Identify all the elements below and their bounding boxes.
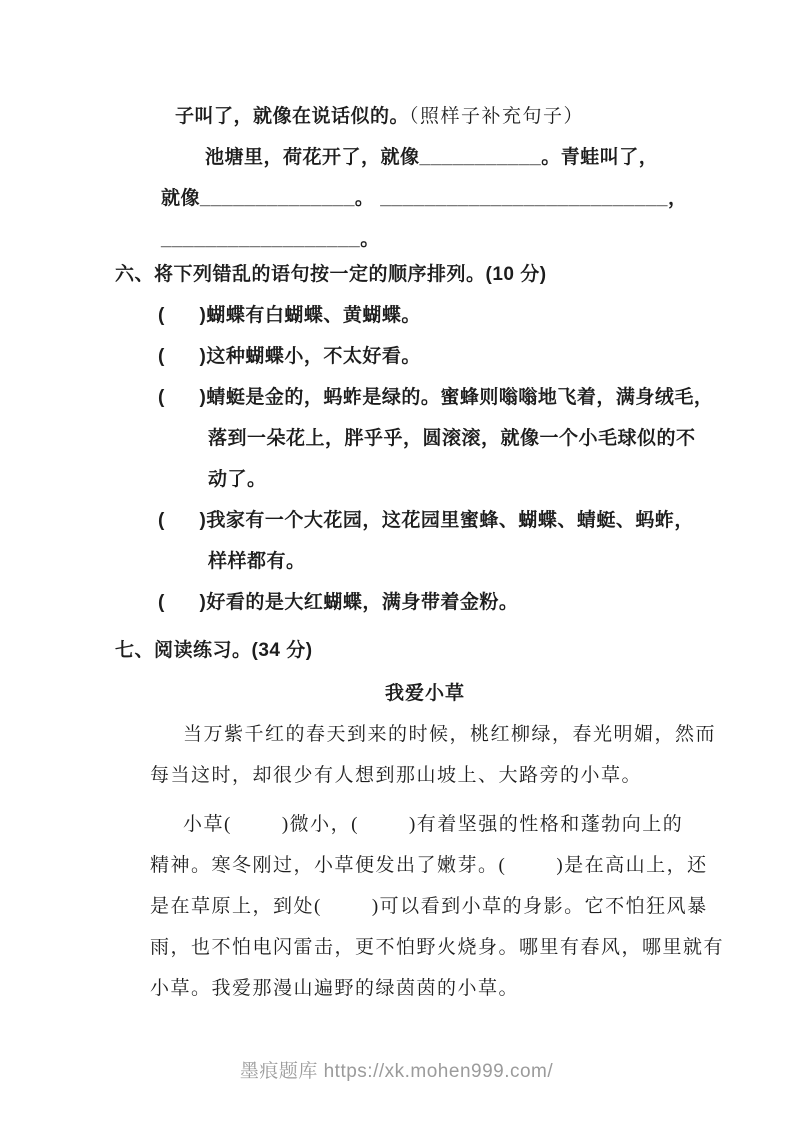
- sequence-item-line: ( )这种蝴蝶小，不太好看。: [115, 336, 735, 377]
- section-six-heading: 六、将下列错乱的语句按一定的顺序排列。(10 分): [115, 254, 735, 295]
- sequence-item-line: ( )蜻蜓是金的，蚂蚱是绿的。蜜蜂则嗡嗡地飞着，满身绒毛，: [115, 377, 735, 418]
- instruction-note: （照样子补充句子）: [409, 106, 584, 127]
- sequence-item-line: 样样都有。: [115, 541, 735, 582]
- passage-line-3: 小草( )微小，( )有着坚强的性格和蓬勃向上的: [115, 804, 735, 845]
- passage-line-6: 雨，也不怕电闪雷击，更不怕野火烧身。哪里有春风，哪里就有: [115, 927, 735, 968]
- section-seven-heading: 七、阅读练习。(34 分): [115, 630, 735, 671]
- passage-line-5: 是在草原上，到处( )可以看到小草的身影。它不怕狂风暴: [115, 886, 735, 927]
- passage-line-2: 每当这时，却很少有人想到那山坡上、大路旁的小草。: [115, 755, 735, 796]
- sequence-item-4: ( )我家有一个大花园，这花园里蜜蜂、蝴蝶、蜻蜓、蚂蚱， 样样都有。: [115, 500, 735, 582]
- passage-line-7: 小草。我爱那漫山遍野的绿茵茵的小草。: [115, 968, 735, 1009]
- passage-title: 我爱小草: [115, 673, 735, 714]
- sequence-item-line: ( )我家有一个大花园，这花园里蜜蜂、蝴蝶、蜻蜓、蚂蚱，: [115, 500, 735, 541]
- sequence-item-1: ( )蝴蝶有白蝴蝶、黄蝴蝶。: [115, 295, 735, 336]
- worksheet-page: 子叫了，就像在说话似的。（照样子补充句子） 池塘里，荷花开了，就像_______…: [0, 0, 793, 1122]
- sequence-item-line: 动了。: [115, 459, 735, 500]
- sequence-item-line: 落到一朵花上，胖乎乎，圆滚滚，就像一个小毛球似的不: [115, 418, 735, 459]
- fill-blank-line-1: 子叫了，就像在说话似的。（照样子补充句子）: [115, 96, 735, 137]
- fill-blank-line-3: 就像______________。 ______________________…: [115, 178, 735, 219]
- passage-line-4: 精神。寒冬刚过，小草便发出了嫩芽。( )是在高山上，还: [115, 845, 735, 886]
- sequence-item-3: ( )蜻蜓是金的，蚂蚱是绿的。蜜蜂则嗡嗡地飞着，满身绒毛， 落到一朵花上，胖乎乎…: [115, 377, 735, 500]
- worksheet-content: 子叫了，就像在说话似的。（照样子补充句子） 池塘里，荷花开了，就像_______…: [115, 96, 735, 1009]
- sequence-item-line: ( )蝴蝶有白蝴蝶、黄蝴蝶。: [115, 295, 735, 336]
- watermark-footer: 墨痕题库 https://xk.mohen999.com/: [0, 1058, 793, 1086]
- sequence-item-5: ( )好看的是大红蝴蝶，满身带着金粉。: [115, 582, 735, 623]
- sequence-item-line: ( )好看的是大红蝴蝶，满身带着金粉。: [115, 582, 735, 623]
- passage-line-1: 当万紫千红的春天到来的时候，桃红柳绿，春光明媚，然而: [115, 714, 735, 755]
- fill-blank-line-2: 池塘里，荷花开了，就像___________。青蛙叫了，: [115, 137, 735, 178]
- sequence-item-2: ( )这种蝴蝶小，不太好看。: [115, 336, 735, 377]
- sentence-text: 子叫了，就像在说话似的。: [175, 106, 409, 127]
